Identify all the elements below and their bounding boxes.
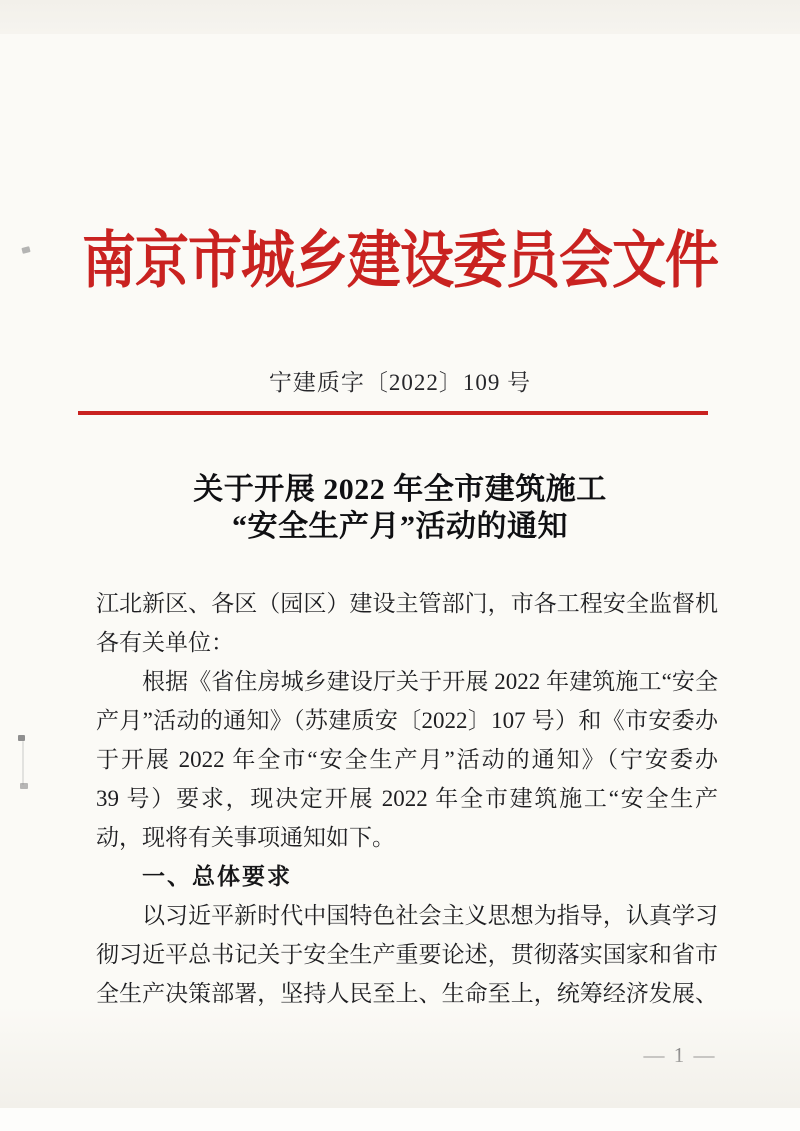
- section-heading: 一、总体要求: [96, 857, 718, 896]
- body-line: 39 号）要求，现决定开展 2022 年全市建筑施工“安全生产月”活: [96, 779, 718, 818]
- scan-top-edge: [0, 0, 800, 34]
- document-body: 江北新区、各区（园区）建设主管部门，市各工程安全监督机构， 各有关单位： 根据《…: [96, 584, 718, 1013]
- scan-bottom-shade: [0, 1005, 800, 1108]
- scan-artifact: [22, 741, 24, 785]
- document-title: 关于开展 2022 年全市建筑施工 “安全生产月”活动的通知: [0, 471, 800, 545]
- scanned-document-page: 南京市城乡建设委员会文件 宁建质字〔2022〕109 号 关于开展 2022 年…: [0, 0, 800, 1131]
- body-line: 产月”活动的通知》（苏建质安〔2022〕107 号）和《市安委办关: [96, 701, 718, 740]
- doc-number: 宁建质字〔2022〕109 号: [0, 368, 800, 398]
- document-title-line2: “安全生产月”活动的通知: [0, 508, 800, 545]
- body-line: 动，现将有关事项通知如下。: [96, 818, 718, 857]
- body-line: 于开展 2022 年全市“安全生产月”活动的通知》（宁安委办〔2022〕: [96, 740, 718, 779]
- scan-bottom-edge: [0, 1108, 800, 1131]
- body-line: 彻习近平总书记关于安全生产重要论述，贯彻落实国家和省市安: [96, 935, 718, 974]
- document-title-line1: 关于开展 2022 年全市建筑施工: [0, 471, 800, 508]
- body-line-salutation: 各有关单位：: [96, 623, 718, 662]
- red-divider-line: [78, 411, 708, 415]
- body-line: 以习近平新时代中国特色社会主义思想为指导，认真学习贯: [96, 896, 718, 935]
- body-line-salutation: 江北新区、各区（园区）建设主管部门，市各工程安全监督机构，: [96, 584, 718, 623]
- org-title: 南京市城乡建设委员会文件: [0, 216, 800, 306]
- scan-artifact: [18, 735, 25, 741]
- body-line: 根据《省住房城乡建设厅关于开展 2022 年建筑施工“安全生: [96, 662, 718, 701]
